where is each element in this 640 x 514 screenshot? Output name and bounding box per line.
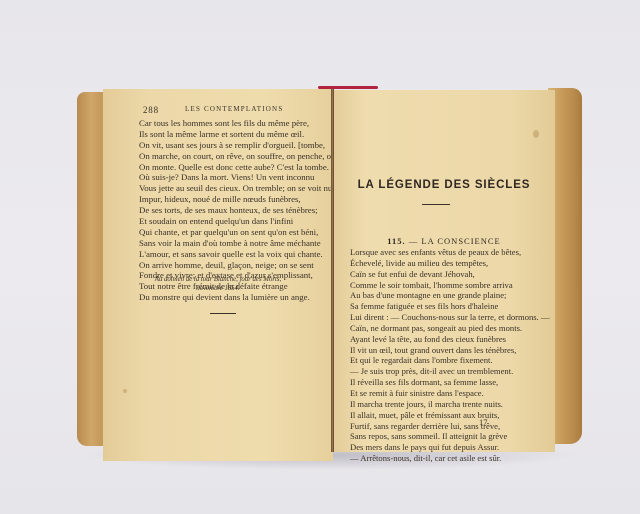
verse-line: Lui dirent : — Couchons-nous sur la terr… — [350, 312, 550, 323]
verse-line: Et se remit à fuir sinistre dans l'espac… — [350, 388, 550, 399]
signature-mark: 17 — [479, 417, 488, 427]
verse-line: Sans voir la main d'où tombe à notre âme… — [139, 238, 339, 249]
poem-number: 115. — [387, 236, 405, 246]
verse-line: Du monstre qui devient dans la lumière u… — [139, 292, 339, 303]
right-page: LA LÉGENDE DES SIÈCLES 115. — LA CONSCIE… — [333, 90, 555, 452]
verse-line: On marche, on court, on rêve, on souffre… — [139, 151, 339, 162]
verse-line: Ayant levé la tête, au fond des cieux fu… — [350, 334, 550, 345]
verse-line: Et soudain on entend quelqu'un dans l'in… — [139, 216, 339, 227]
verse-line: Sa femme fatiguée et ses fils hors d'hal… — [350, 301, 550, 312]
left-page-number: 288 — [143, 105, 159, 115]
verse-line: Il réveilla ses fils dormant, sa femme l… — [350, 377, 550, 388]
end-rule-divider — [210, 313, 236, 314]
verse-line: Impur, hideux, noué de mille nœuds funèb… — [139, 194, 339, 205]
verse-line: Au bas d'une montagne en une grande plai… — [350, 290, 550, 301]
verse-line: Lorsque avec ses enfants vêtus de peaux … — [350, 247, 550, 258]
verse-line: Sans repos, sans sommeil. Il atteignit l… — [350, 431, 550, 442]
right-poem-text: Lorsque avec ses enfants vêtus de peaux … — [350, 247, 550, 464]
dateline-date: novembre 1854. — [133, 284, 303, 293]
verse-line: Vous jette au seuil des cieux. On trembl… — [139, 183, 339, 194]
left-page: 288 LES CONTEMPLATIONS Car tous les homm… — [103, 89, 333, 461]
verse-line: Furtif, sans regarder derrière lui, sans… — [350, 421, 550, 432]
verse-line: De ses torts, de ses maux honteux, de se… — [139, 205, 339, 216]
verse-line: Qui chante, et par quelqu'un on sent qu'… — [139, 227, 339, 238]
running-head-title: LES CONTEMPLATIONS — [185, 105, 283, 113]
poem-title: — LA CONSCIENCE — [409, 236, 501, 246]
verse-line: Caïn se fut enfui de devant Jéhovah, — [350, 269, 550, 280]
book-title: LA LÉGENDE DES SIÈCLES — [333, 179, 555, 191]
verse-line: — Je suis trop près, dit-il avec un trem… — [350, 366, 550, 377]
ribbon-bookmark — [318, 86, 378, 89]
verse-line: Ils sont la même larme et sortent du mêm… — [139, 129, 339, 140]
verse-line: Des mers dans le pays qui fut depuis Ass… — [350, 442, 550, 453]
page-stain — [123, 389, 127, 393]
title-rule-divider — [422, 204, 450, 205]
book-gutter — [331, 88, 334, 452]
verse-line: Car tous les hommes sont les fils du mêm… — [139, 118, 339, 129]
verse-line: Comme le soir tombait, l'homme sombre ar… — [350, 280, 550, 291]
dateline-place: Au dolmen de la tour Blanche, jour des M… — [133, 275, 303, 284]
verse-line: On vit, usant ses jours à se remplir d'o… — [139, 140, 339, 151]
verse-line: Il vit un œil, tout grand ouvert dans le… — [350, 345, 550, 356]
verse-line: Et qui le regardait dans l'ombre fixemen… — [350, 355, 550, 366]
poem-heading: 115. — LA CONSCIENCE — [333, 236, 555, 246]
verse-line: L'amour, et sans savoir quelle est la vo… — [139, 249, 339, 260]
poem-dateline: Au dolmen de la tour Blanche, jour des M… — [133, 275, 303, 293]
verse-line: Il allait, muet, pâle et frémissant aux … — [350, 410, 550, 421]
verse-line: — Arrêtons-nous, dit-il, car cet asile e… — [350, 453, 550, 464]
verse-line: Échevelé, livide au milieu des tempêtes, — [350, 258, 550, 269]
page-stain — [533, 130, 539, 138]
verse-line: Caïn, ne dormant pas, songeait au pied d… — [350, 323, 550, 334]
verse-line: Il marcha trente jours, il marcha trente… — [350, 399, 550, 410]
verse-line: Où suis-je? Dans la mort. Viens! Un vent… — [139, 172, 339, 183]
verse-line: On monte. Quelle est donc cette aube? C'… — [139, 162, 339, 173]
verse-line: On arrive homme, deuil, glaçon, neige; o… — [139, 260, 339, 271]
